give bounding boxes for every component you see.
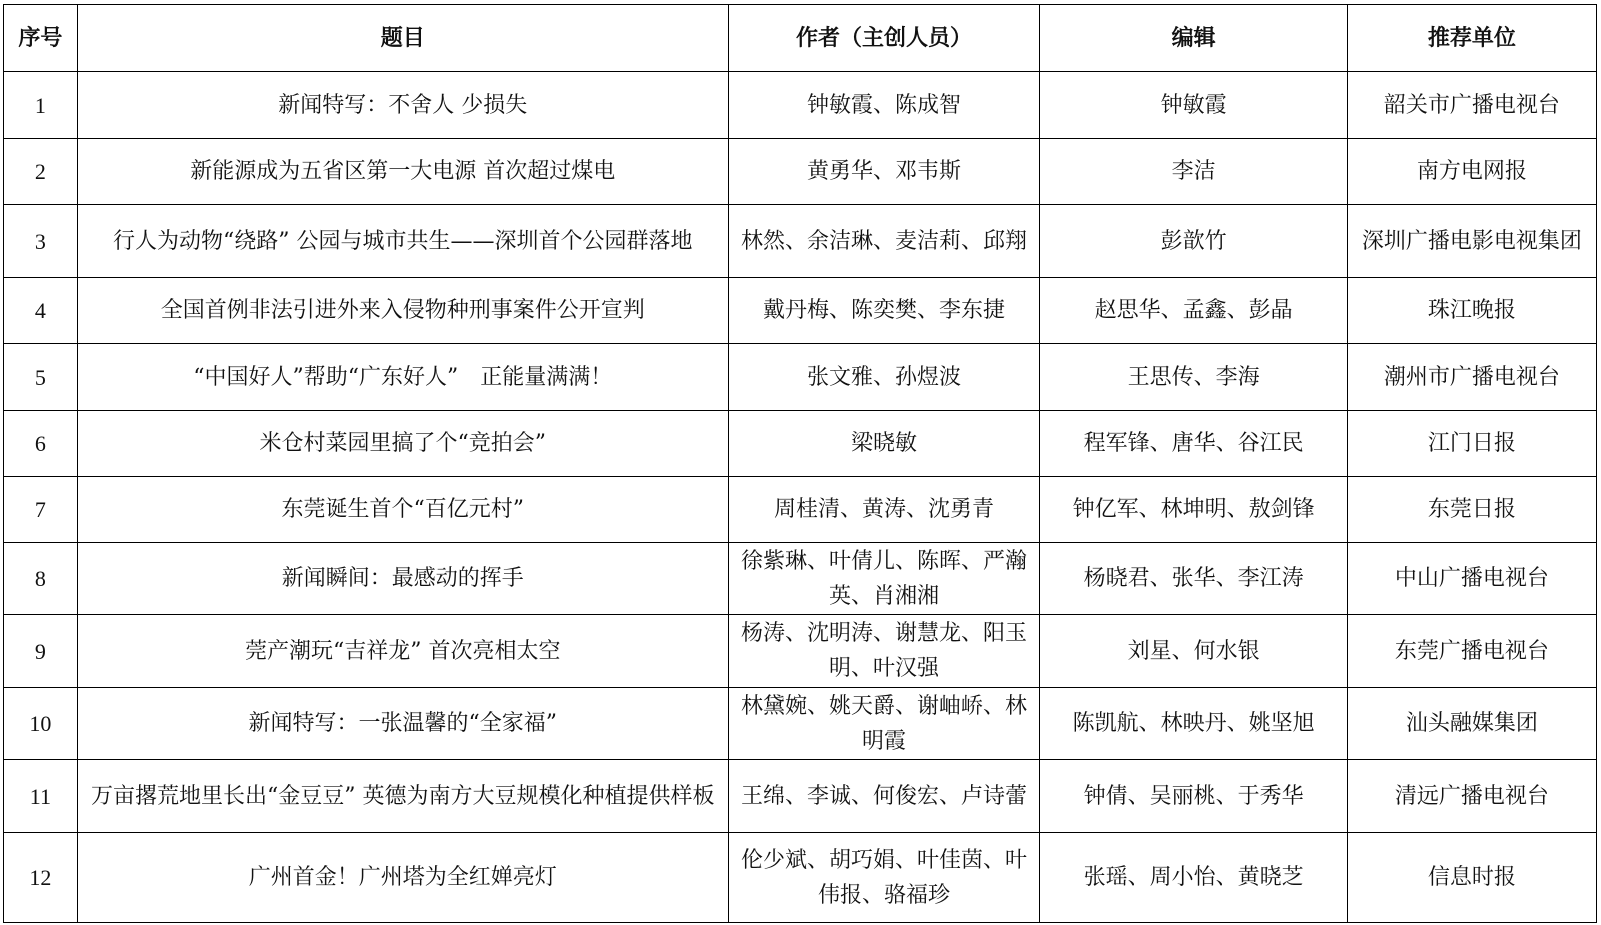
cell-no: 9 — [4, 615, 78, 688]
cell-author: 梁晓敏 — [728, 411, 1040, 477]
cell-no: 6 — [4, 411, 78, 477]
cell-title: 新能源成为五省区第一大电源 首次超过煤电 — [77, 139, 728, 205]
cell-author: 徐紫琳、叶倩儿、陈晖、严瀚英、肖湘湘 — [728, 543, 1040, 615]
header-author: 作者（主创人员） — [728, 5, 1040, 72]
table-row: 10新闻特写：一张温馨的“全家福”林黛婉、姚天爵、谢岫峤、林明霞陈凯航、林映丹、… — [4, 688, 1597, 760]
cell-editor-text: 刘星、何水银 — [1044, 634, 1343, 669]
cell-editor: 钟倩、吴丽桃、于秀华 — [1040, 760, 1348, 833]
table-row: 9莞产潮玩“吉祥龙” 首次亮相太空杨涛、沈明涛、谢慧龙、阳玉明、叶汉强刘星、何水… — [4, 615, 1597, 688]
cell-unit-text: 汕头融媒集团 — [1352, 706, 1592, 741]
cell-author-text: 梁晓敏 — [733, 426, 1036, 461]
cell-editor: 李洁 — [1040, 139, 1348, 205]
header-unit: 推荐单位 — [1347, 5, 1596, 72]
cell-author: 戴丹梅、陈奕樊、李东捷 — [728, 278, 1040, 344]
cell-unit: 汕头融媒集团 — [1347, 688, 1596, 760]
cell-no: 2 — [4, 139, 78, 205]
table-row: 5“中国好人”帮助“广东好人” 正能量满满！张文雅、孙煜波王思传、李海潮州市广播… — [4, 344, 1597, 411]
cell-title-text: 万亩撂荒地里长出“金豆豆” 英德为南方大豆规模化种植提供样板 — [82, 779, 724, 814]
cell-unit-text: 中山广播电视台 — [1352, 561, 1592, 596]
cell-author: 杨涛、沈明涛、谢慧龙、阳玉明、叶汉强 — [728, 615, 1040, 688]
cell-editor: 刘星、何水银 — [1040, 615, 1348, 688]
cell-title: 新闻特写：不舍人 少损失 — [77, 72, 728, 139]
cell-no-text: 7 — [8, 492, 73, 527]
cell-no-text: 6 — [8, 426, 73, 461]
cell-editor: 钟亿军、林坤明、敖剑锋 — [1040, 477, 1348, 543]
cell-unit-text: 南方电网报 — [1352, 154, 1592, 189]
table-row: 11万亩撂荒地里长出“金豆豆” 英德为南方大豆规模化种植提供样板王绵、李诚、何俊… — [4, 760, 1597, 833]
cell-author-text: 钟敏霞、陈成智 — [733, 88, 1036, 123]
cell-editor-text: 李洁 — [1044, 154, 1343, 189]
cell-author-text: 戴丹梅、陈奕樊、李东捷 — [733, 293, 1036, 328]
cell-unit: 深圳广播电影电视集团 — [1347, 205, 1596, 278]
cell-author: 周桂清、黄涛、沈勇青 — [728, 477, 1040, 543]
cell-title-text: 新闻瞬间：最感动的挥手 — [82, 561, 724, 596]
cell-unit-text: 潮州市广播电视台 — [1352, 360, 1592, 395]
cell-editor-text: 杨晓君、张华、李江涛 — [1044, 561, 1343, 596]
cell-no-text: 12 — [8, 860, 73, 895]
cell-editor-text: 钟倩、吴丽桃、于秀华 — [1044, 779, 1343, 814]
cell-unit-text: 东莞日报 — [1352, 492, 1592, 527]
cell-unit-text: 韶关市广播电视台 — [1352, 88, 1592, 123]
cell-editor-text: 程军锋、唐华、谷江民 — [1044, 426, 1343, 461]
cell-editor: 张瑶、周小怡、黄晓芝 — [1040, 833, 1348, 923]
cell-unit: 韶关市广播电视台 — [1347, 72, 1596, 139]
cell-editor: 彭歆竹 — [1040, 205, 1348, 278]
cell-title-text: 莞产潮玩“吉祥龙” 首次亮相太空 — [82, 634, 724, 669]
cell-title: 新闻瞬间：最感动的挥手 — [77, 543, 728, 615]
cell-no: 11 — [4, 760, 78, 833]
cell-title: “中国好人”帮助“广东好人” 正能量满满！ — [77, 344, 728, 411]
cell-title: 新闻特写：一张温馨的“全家福” — [77, 688, 728, 760]
header-no: 序号 — [4, 5, 78, 72]
cell-author: 张文雅、孙煜波 — [728, 344, 1040, 411]
cell-unit: 东莞广播电视台 — [1347, 615, 1596, 688]
table-row: 1新闻特写：不舍人 少损失钟敏霞、陈成智钟敏霞韶关市广播电视台 — [4, 72, 1597, 139]
cell-title-text: “中国好人”帮助“广东好人” 正能量满满！ — [82, 360, 724, 395]
cell-no-text: 3 — [8, 224, 73, 259]
table-row: 8新闻瞬间：最感动的挥手徐紫琳、叶倩儿、陈晖、严瀚英、肖湘湘杨晓君、张华、李江涛… — [4, 543, 1597, 615]
cell-no-text: 9 — [8, 634, 73, 669]
cell-unit-text: 珠江晚报 — [1352, 293, 1592, 328]
cell-no: 3 — [4, 205, 78, 278]
cell-no: 4 — [4, 278, 78, 344]
header-row: 序号 题目 作者（主创人员） 编辑 推荐单位 — [4, 5, 1597, 72]
award-table: 序号 题目 作者（主创人员） 编辑 推荐单位 1新闻特写：不舍人 少损失钟敏霞、… — [3, 4, 1597, 923]
cell-title: 米仓村菜园里搞了个“竞拍会” — [77, 411, 728, 477]
cell-editor-text: 王思传、李海 — [1044, 360, 1343, 395]
cell-author-text: 张文雅、孙煜波 — [733, 360, 1036, 395]
cell-author: 王绵、李诚、何俊宏、卢诗蕾 — [728, 760, 1040, 833]
cell-author: 林黛婉、姚天爵、谢岫峤、林明霞 — [728, 688, 1040, 760]
table-row: 4全国首例非法引进外来入侵物种刑事案件公开宣判戴丹梅、陈奕樊、李东捷赵思华、孟鑫… — [4, 278, 1597, 344]
cell-title-text: 新闻特写：一张温馨的“全家福” — [82, 706, 724, 741]
header-title: 题目 — [77, 5, 728, 72]
cell-author: 黄勇华、邓韦斯 — [728, 139, 1040, 205]
cell-unit: 江门日报 — [1347, 411, 1596, 477]
cell-title: 广州首金！广州塔为全红婵亮灯 — [77, 833, 728, 923]
cell-title-text: 新能源成为五省区第一大电源 首次超过煤电 — [82, 154, 724, 189]
cell-editor-text: 彭歆竹 — [1044, 224, 1343, 259]
cell-editor: 杨晓君、张华、李江涛 — [1040, 543, 1348, 615]
cell-unit-text: 东莞广播电视台 — [1352, 634, 1592, 669]
cell-no: 7 — [4, 477, 78, 543]
table-body: 1新闻特写：不舍人 少损失钟敏霞、陈成智钟敏霞韶关市广播电视台2新能源成为五省区… — [4, 72, 1597, 923]
cell-no: 8 — [4, 543, 78, 615]
cell-unit: 清远广播电视台 — [1347, 760, 1596, 833]
cell-no: 5 — [4, 344, 78, 411]
cell-no-text: 1 — [8, 88, 73, 123]
cell-no: 10 — [4, 688, 78, 760]
cell-unit-text: 江门日报 — [1352, 426, 1592, 461]
table-row: 3行人为动物“绕路” 公园与城市共生——深圳首个公园群落地林然、余洁琳、麦洁莉、… — [4, 205, 1597, 278]
cell-editor-text: 钟亿军、林坤明、敖剑锋 — [1044, 492, 1343, 527]
cell-title-text: 新闻特写：不舍人 少损失 — [82, 88, 724, 123]
cell-no-text: 8 — [8, 561, 73, 596]
cell-title: 莞产潮玩“吉祥龙” 首次亮相太空 — [77, 615, 728, 688]
cell-no-text: 4 — [8, 293, 73, 328]
cell-author-text: 林黛婉、姚天爵、谢岫峤、林明霞 — [733, 689, 1036, 759]
cell-author-text: 周桂清、黄涛、沈勇青 — [733, 492, 1036, 527]
cell-no: 12 — [4, 833, 78, 923]
cell-editor: 陈凯航、林映丹、姚坚旭 — [1040, 688, 1348, 760]
table-row: 2新能源成为五省区第一大电源 首次超过煤电黄勇华、邓韦斯李洁南方电网报 — [4, 139, 1597, 205]
cell-editor-text: 张瑶、周小怡、黄晓芝 — [1044, 860, 1343, 895]
cell-title-text: 行人为动物“绕路” 公园与城市共生——深圳首个公园群落地 — [82, 224, 724, 259]
cell-title: 全国首例非法引进外来入侵物种刑事案件公开宣判 — [77, 278, 728, 344]
cell-editor-text: 陈凯航、林映丹、姚坚旭 — [1044, 706, 1343, 741]
cell-editor-text: 钟敏霞 — [1044, 88, 1343, 123]
cell-unit: 东莞日报 — [1347, 477, 1596, 543]
cell-unit: 南方电网报 — [1347, 139, 1596, 205]
cell-title: 东莞诞生首个“百亿元村” — [77, 477, 728, 543]
header-editor: 编辑 — [1040, 5, 1348, 72]
cell-no-text: 10 — [8, 706, 73, 741]
cell-editor: 王思传、李海 — [1040, 344, 1348, 411]
cell-title: 行人为动物“绕路” 公园与城市共生——深圳首个公园群落地 — [77, 205, 728, 278]
cell-title-text: 广州首金！广州塔为全红婵亮灯 — [82, 860, 724, 895]
cell-unit: 中山广播电视台 — [1347, 543, 1596, 615]
cell-author-text: 伦少斌、胡巧娟、叶佳茵、叶伟报、骆福珍 — [733, 843, 1036, 913]
cell-author: 钟敏霞、陈成智 — [728, 72, 1040, 139]
cell-author-text: 徐紫琳、叶倩儿、陈晖、严瀚英、肖湘湘 — [733, 544, 1036, 614]
table-row: 12广州首金！广州塔为全红婵亮灯伦少斌、胡巧娟、叶佳茵、叶伟报、骆福珍张瑶、周小… — [4, 833, 1597, 923]
cell-no-text: 5 — [8, 360, 73, 395]
cell-unit: 信息时报 — [1347, 833, 1596, 923]
cell-no-text: 2 — [8, 154, 73, 189]
cell-author-text: 林然、余洁琳、麦洁莉、邱翔 — [733, 224, 1036, 259]
cell-editor: 程军锋、唐华、谷江民 — [1040, 411, 1348, 477]
cell-unit-text: 清远广播电视台 — [1352, 779, 1592, 814]
cell-unit: 潮州市广播电视台 — [1347, 344, 1596, 411]
cell-no: 1 — [4, 72, 78, 139]
cell-unit-text: 深圳广播电影电视集团 — [1352, 224, 1592, 259]
cell-title: 万亩撂荒地里长出“金豆豆” 英德为南方大豆规模化种植提供样板 — [77, 760, 728, 833]
table-row: 7东莞诞生首个“百亿元村”周桂清、黄涛、沈勇青钟亿军、林坤明、敖剑锋东莞日报 — [4, 477, 1597, 543]
cell-title-text: 东莞诞生首个“百亿元村” — [82, 492, 724, 527]
cell-editor: 赵思华、孟鑫、彭晶 — [1040, 278, 1348, 344]
table-row: 6米仓村菜园里搞了个“竞拍会”梁晓敏程军锋、唐华、谷江民江门日报 — [4, 411, 1597, 477]
cell-author: 林然、余洁琳、麦洁莉、邱翔 — [728, 205, 1040, 278]
cell-author-text: 王绵、李诚、何俊宏、卢诗蕾 — [733, 779, 1036, 814]
cell-title-text: 米仓村菜园里搞了个“竞拍会” — [82, 426, 724, 461]
cell-no-text: 11 — [8, 779, 73, 814]
cell-title-text: 全国首例非法引进外来入侵物种刑事案件公开宣判 — [82, 293, 724, 328]
cell-editor: 钟敏霞 — [1040, 72, 1348, 139]
cell-author: 伦少斌、胡巧娟、叶佳茵、叶伟报、骆福珍 — [728, 833, 1040, 923]
cell-author-text: 杨涛、沈明涛、谢慧龙、阳玉明、叶汉强 — [733, 616, 1036, 686]
cell-unit: 珠江晚报 — [1347, 278, 1596, 344]
cell-editor-text: 赵思华、孟鑫、彭晶 — [1044, 293, 1343, 328]
cell-author-text: 黄勇华、邓韦斯 — [733, 154, 1036, 189]
cell-unit-text: 信息时报 — [1352, 860, 1592, 895]
